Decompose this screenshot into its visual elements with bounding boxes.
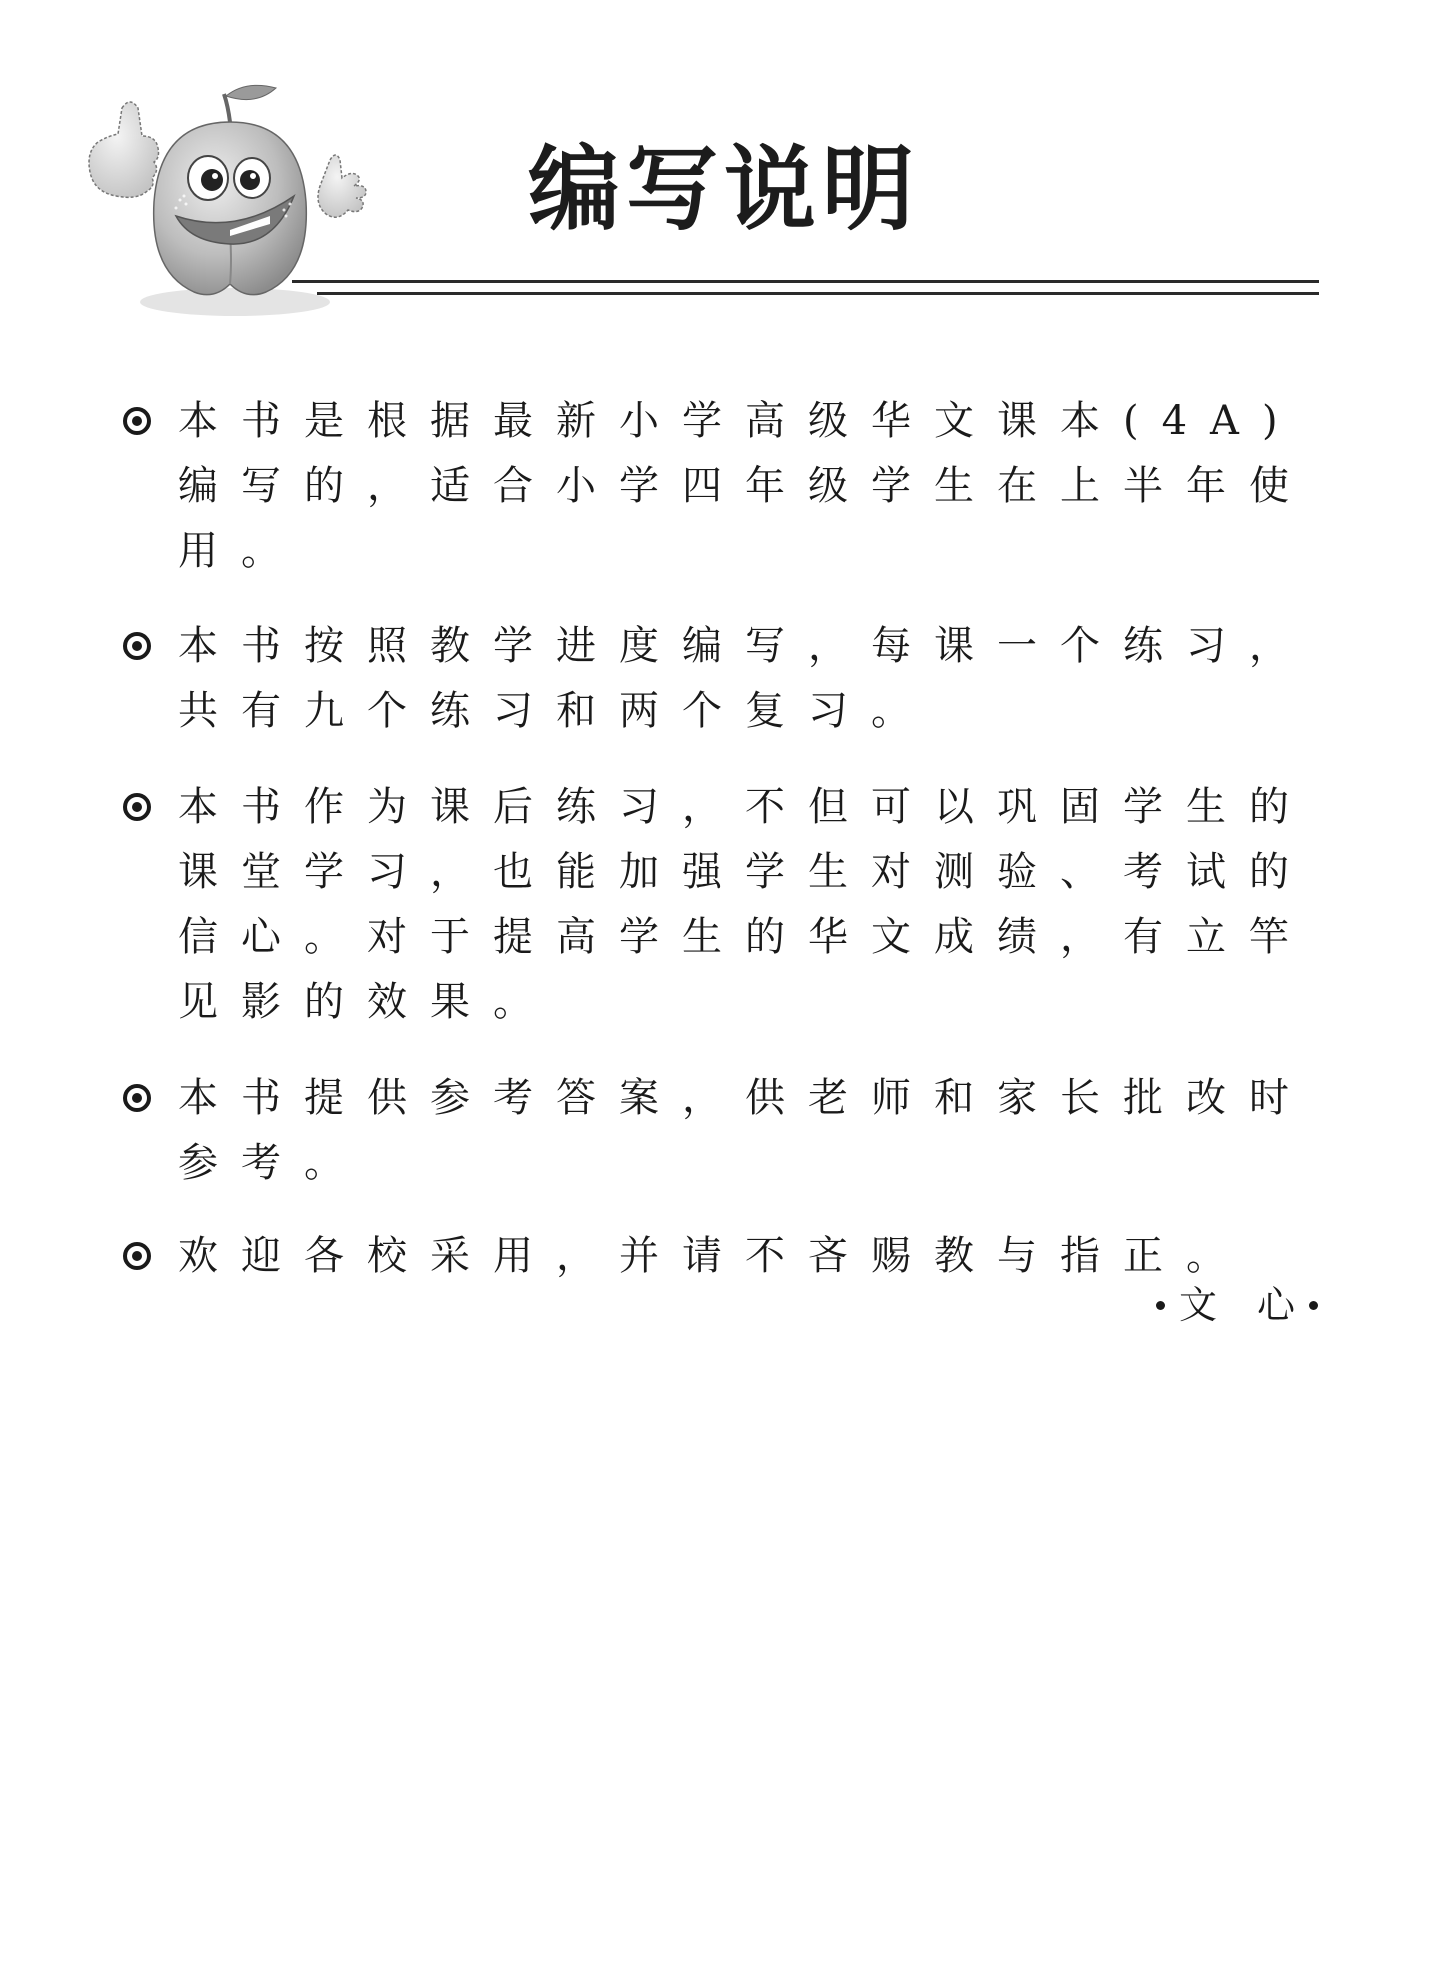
- list-item-text: 本书按照教学进度编写，每课一个练习，共有九个练习和两个复习。: [178, 614, 1330, 744]
- list-item: 本书作为课后练习，不但可以巩固学生的课堂学习，也能加强学生对测验、考试的信心。对…: [120, 775, 1330, 1035]
- list-item: 本书提供参考答案，供老师和家长批改时参考。: [120, 1066, 1330, 1196]
- list-item: 本书按照教学进度编写，每课一个练习，共有九个练习和两个复习。: [120, 614, 1330, 744]
- signature-char: 心: [1257, 1280, 1295, 1330]
- list-item-text: 本书提供参考答案，供老师和家长批改时参考。: [178, 1066, 1330, 1196]
- circled-dot-bullet-icon: [122, 1241, 152, 1271]
- notes-list: 本书是根据最新小学高级华文课本(4A)编写的，适合小学四年级学生在上半年使用。 …: [120, 389, 1330, 1320]
- list-item-text: 本书作为课后练习，不但可以巩固学生的课堂学习，也能加强学生对测验、考试的信心。对…: [178, 775, 1330, 1035]
- signature: 文心: [1142, 1280, 1332, 1330]
- circled-dot-bullet-icon: [122, 792, 152, 822]
- list-item: 本书是根据最新小学高级华文课本(4A)编写的，适合小学四年级学生在上半年使用。: [120, 389, 1330, 584]
- title-rule-lower: [317, 292, 1319, 295]
- signature-char: 文: [1179, 1280, 1217, 1330]
- page-title: 编写说明: [528, 138, 920, 242]
- dot-icon: [1156, 1301, 1165, 1310]
- circled-dot-bullet-icon: [122, 631, 152, 661]
- circled-dot-bullet-icon: [122, 1083, 152, 1113]
- list-item-text: 本书是根据最新小学高级华文课本(4A)编写的，适合小学四年级学生在上半年使用。: [178, 389, 1330, 584]
- circled-dot-bullet-icon: [122, 406, 152, 436]
- dot-icon: [1309, 1301, 1318, 1310]
- title-rule-upper: [292, 280, 1319, 283]
